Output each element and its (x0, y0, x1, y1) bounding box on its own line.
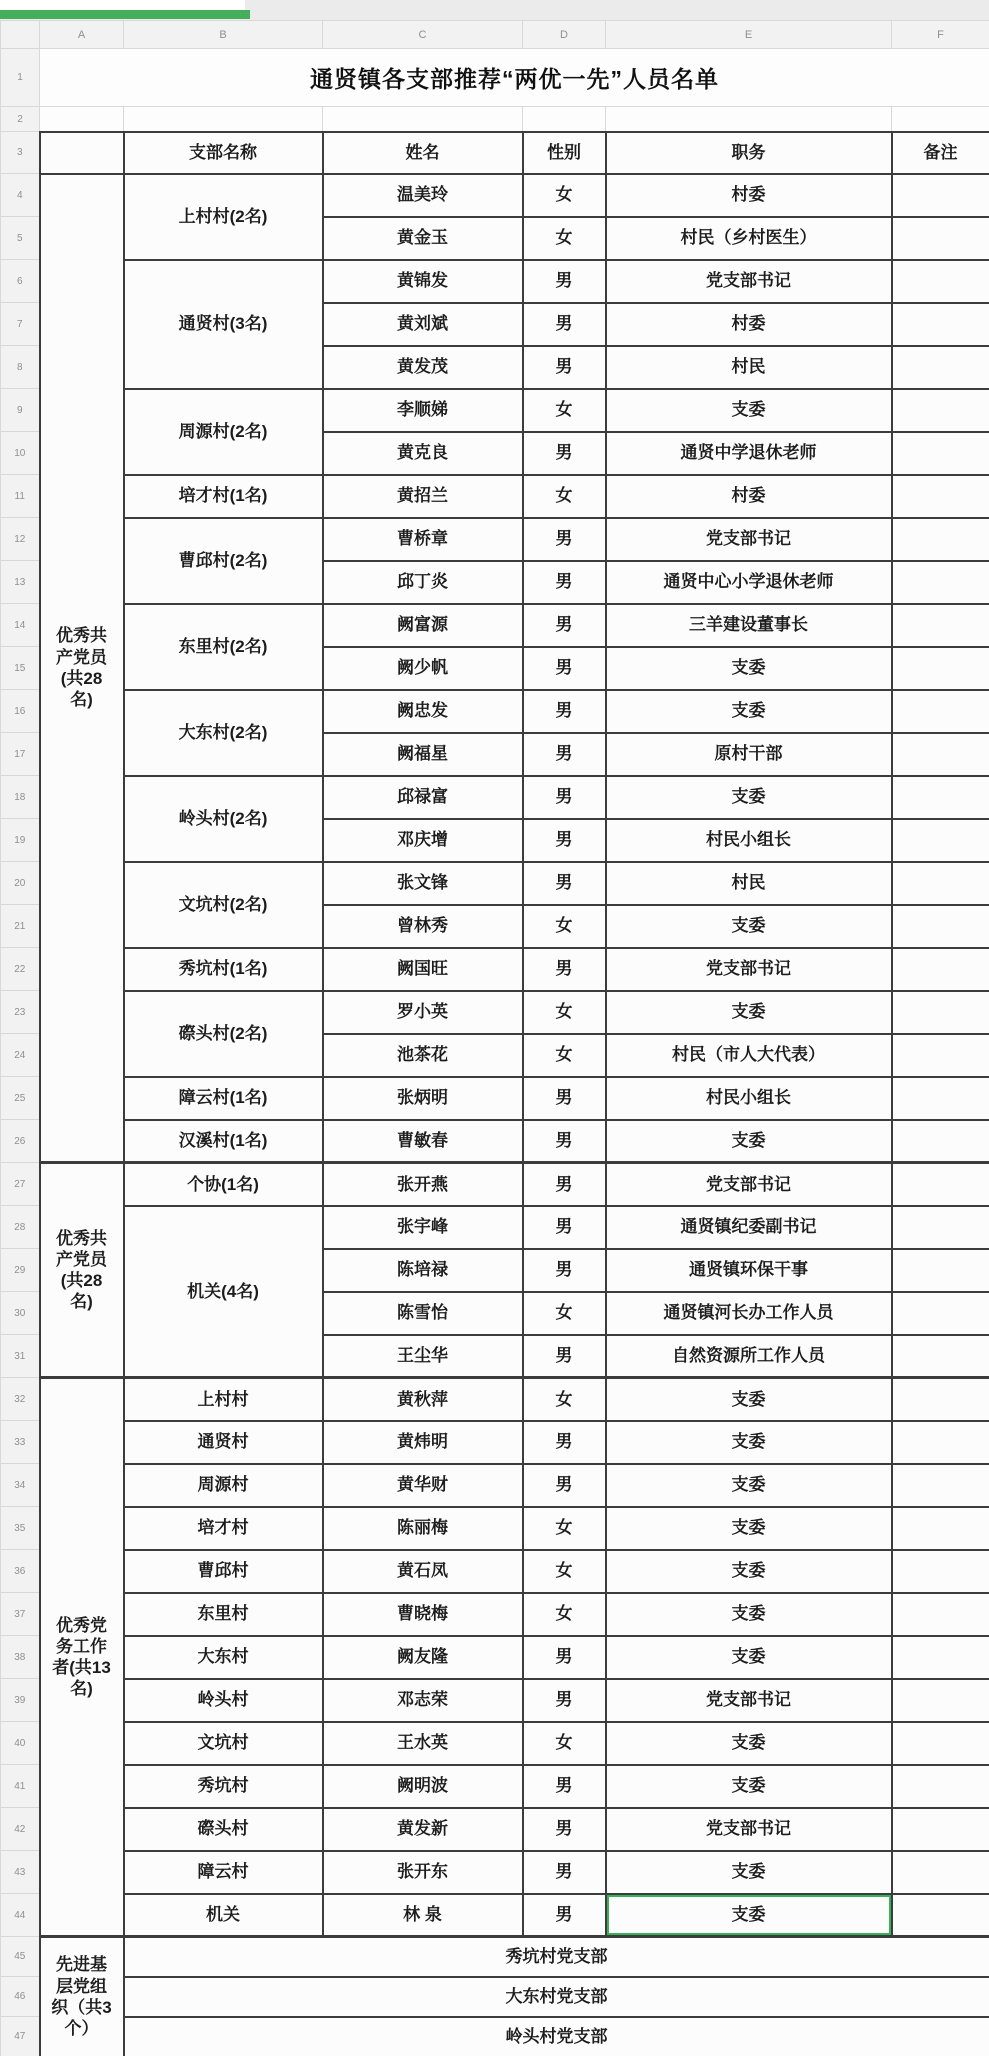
name-cell[interactable]: 曾林秀 (323, 905, 523, 948)
name-cell[interactable]: 黄招兰 (323, 475, 523, 518)
group-cell[interactable]: 培才村(1名) (124, 475, 323, 518)
group-cell[interactable]: 文坑村 (124, 1722, 323, 1765)
column-header-d[interactable]: D (523, 21, 606, 49)
duty-cell[interactable]: 自然资源所工作人员 (606, 1335, 892, 1378)
empty-cell[interactable] (40, 107, 124, 132)
remark-cell[interactable] (892, 1636, 989, 1679)
row-header-32[interactable]: 32 (1, 1378, 40, 1421)
group-cell[interactable]: 障云村(1名) (124, 1077, 323, 1120)
group-cell[interactable]: 大东村 (124, 1636, 323, 1679)
row-header-9[interactable]: 9 (1, 389, 40, 432)
group-cell[interactable]: 文坑村(2名) (124, 862, 323, 948)
remark-cell[interactable] (892, 1292, 989, 1335)
remark-cell[interactable] (892, 905, 989, 948)
row-header-40[interactable]: 40 (1, 1722, 40, 1765)
duty-cell[interactable]: 党支部书记 (606, 1808, 892, 1851)
gender-cell[interactable]: 男 (523, 346, 606, 389)
duty-cell[interactable]: 支委 (606, 1765, 892, 1808)
duty-cell[interactable]: 通贤中学退休老师 (606, 432, 892, 475)
gender-cell[interactable]: 男 (523, 1808, 606, 1851)
gender-cell[interactable]: 女 (523, 475, 606, 518)
remark-cell[interactable] (892, 647, 989, 690)
duty-cell[interactable]: 村委 (606, 475, 892, 518)
name-cell[interactable]: 林 泉 (323, 1894, 523, 1937)
remark-cell[interactable] (892, 1851, 989, 1894)
empty-cell[interactable] (892, 107, 989, 132)
remark-cell[interactable] (892, 303, 989, 346)
remark-cell[interactable] (892, 1335, 989, 1378)
remark-cell[interactable] (892, 819, 989, 862)
gender-cell[interactable]: 男 (523, 1894, 606, 1937)
gender-cell[interactable]: 男 (523, 1421, 606, 1464)
column-header-c[interactable]: C (323, 21, 523, 49)
section-cell[interactable]: 优秀党务工作者(共13名) (40, 1378, 124, 1937)
progress-bar (0, 10, 250, 19)
remark-cell[interactable] (892, 1765, 989, 1808)
name-cell[interactable]: 黄华财 (323, 1464, 523, 1507)
gender-cell[interactable]: 女 (523, 991, 606, 1034)
column-header-b[interactable]: B (124, 21, 323, 49)
name-cell[interactable]: 池茶花 (323, 1034, 523, 1077)
name-cell[interactable]: 张开燕 (323, 1163, 523, 1206)
row-header-46[interactable]: 46 (1, 1977, 40, 2017)
duty-cell[interactable]: 支委 (606, 1120, 892, 1163)
group-cell[interactable]: 大东村(2名) (124, 690, 323, 776)
name-cell[interactable]: 黄刘斌 (323, 303, 523, 346)
remark-cell[interactable] (892, 1550, 989, 1593)
group-cell[interactable]: 磜头村 (124, 1808, 323, 1851)
name-cell[interactable]: 陈丽梅 (323, 1507, 523, 1550)
remark-cell[interactable] (892, 690, 989, 733)
row-header-15[interactable]: 15 (1, 647, 40, 690)
remark-cell[interactable] (892, 432, 989, 475)
group-cell[interactable]: 周源村(2名) (124, 389, 323, 475)
duty-cell[interactable]: 支委 (606, 1507, 892, 1550)
remark-cell[interactable] (892, 217, 989, 260)
name-cell[interactable]: 陈培禄 (323, 1249, 523, 1292)
name-cell[interactable]: 张炳明 (323, 1077, 523, 1120)
remark-cell[interactable] (892, 1593, 989, 1636)
duty-cell[interactable]: 村委 (606, 174, 892, 217)
remark-cell[interactable] (892, 776, 989, 819)
gender-cell[interactable]: 女 (523, 389, 606, 432)
duty-cell[interactable]: 村民 (606, 346, 892, 389)
row-header-30[interactable]: 30 (1, 1292, 40, 1335)
gender-cell[interactable]: 男 (523, 1765, 606, 1808)
row-header-22[interactable]: 22 (1, 948, 40, 991)
remark-cell[interactable] (892, 174, 989, 217)
gender-cell[interactable]: 女 (523, 1507, 606, 1550)
name-cell[interactable]: 曹敏春 (323, 1120, 523, 1163)
name-cell[interactable]: 李顺娣 (323, 389, 523, 432)
row-header-10[interactable]: 10 (1, 432, 40, 475)
name-cell[interactable]: 曹桥章 (323, 518, 523, 561)
duty-cell[interactable]: 支委 (606, 1851, 892, 1894)
header-cell-remark[interactable]: 备注 (892, 132, 989, 174)
remark-cell[interactable] (892, 561, 989, 604)
duty-cell[interactable]: 村民小组长 (606, 1077, 892, 1120)
remark-cell[interactable] (892, 948, 989, 991)
gender-cell[interactable]: 女 (523, 174, 606, 217)
remark-cell[interactable] (892, 1722, 989, 1765)
name-cell[interactable]: 黄金玉 (323, 217, 523, 260)
gender-cell[interactable]: 男 (523, 604, 606, 647)
gender-cell[interactable]: 男 (523, 1120, 606, 1163)
gender-cell[interactable]: 女 (523, 1593, 606, 1636)
remark-cell[interactable] (892, 518, 989, 561)
row-header-25[interactable]: 25 (1, 1077, 40, 1120)
duty-cell[interactable]: 党支部书记 (606, 1163, 892, 1206)
name-cell[interactable]: 邓庆增 (323, 819, 523, 862)
empty-cell[interactable] (124, 107, 323, 132)
duty-cell[interactable]: 支委 (606, 1722, 892, 1765)
gender-cell[interactable]: 男 (523, 647, 606, 690)
row-header-21[interactable]: 21 (1, 905, 40, 948)
row-header-29[interactable]: 29 (1, 1249, 40, 1292)
group-cell[interactable]: 上村村 (124, 1378, 323, 1421)
group-cell[interactable]: 曹邱村(2名) (124, 518, 323, 604)
name-cell[interactable]: 黄发茂 (323, 346, 523, 389)
remark-cell[interactable] (892, 1206, 989, 1249)
row-header-13[interactable]: 13 (1, 561, 40, 604)
name-cell[interactable]: 王水英 (323, 1722, 523, 1765)
row-header-4[interactable]: 4 (1, 174, 40, 217)
row-header-47[interactable]: 47 (1, 2017, 40, 2056)
duty-cell[interactable]: 支委 (606, 1593, 892, 1636)
header-cell-duty[interactable]: 职务 (606, 132, 892, 174)
remark-cell[interactable] (892, 862, 989, 905)
row-header-43[interactable]: 43 (1, 1851, 40, 1894)
gender-cell[interactable]: 男 (523, 518, 606, 561)
remark-cell[interactable] (892, 1421, 989, 1464)
row-header-1[interactable]: 1 (1, 49, 40, 107)
name-cell[interactable]: 黄发新 (323, 1808, 523, 1851)
row-header-36[interactable]: 36 (1, 1550, 40, 1593)
row-header-41[interactable]: 41 (1, 1765, 40, 1808)
duty-cell[interactable]: 支委 (606, 389, 892, 432)
name-cell[interactable]: 黄石凤 (323, 1550, 523, 1593)
remark-cell[interactable] (892, 475, 989, 518)
remark-cell[interactable] (892, 1679, 989, 1722)
duty-cell[interactable]: 支委 (606, 1550, 892, 1593)
row-header-45[interactable]: 45 (1, 1937, 40, 1977)
select-all-corner[interactable] (1, 21, 40, 49)
remark-cell[interactable] (892, 389, 989, 432)
name-cell[interactable]: 邓志荣 (323, 1679, 523, 1722)
gender-cell[interactable]: 女 (523, 1034, 606, 1077)
remark-cell[interactable] (892, 1378, 989, 1421)
gender-cell[interactable]: 男 (523, 1636, 606, 1679)
duty-cell[interactable]: 通贤中心小学退休老师 (606, 561, 892, 604)
row-header-35[interactable]: 35 (1, 1507, 40, 1550)
row-header-31[interactable]: 31 (1, 1335, 40, 1378)
row-header-18[interactable]: 18 (1, 776, 40, 819)
name-cell[interactable]: 阙明波 (323, 1765, 523, 1808)
row-header-14[interactable]: 14 (1, 604, 40, 647)
header-cell-gender[interactable]: 性别 (523, 132, 606, 174)
gender-cell[interactable]: 男 (523, 733, 606, 776)
name-cell[interactable]: 邱禄富 (323, 776, 523, 819)
gender-cell[interactable]: 女 (523, 1378, 606, 1421)
group-cell[interactable]: 秀坑村 (124, 1765, 323, 1808)
gender-cell[interactable]: 女 (523, 905, 606, 948)
row-header-26[interactable]: 26 (1, 1120, 40, 1163)
empty-cell[interactable] (606, 107, 892, 132)
duty-cell[interactable]: 三羊建设董事长 (606, 604, 892, 647)
name-cell[interactable]: 邱丁炎 (323, 561, 523, 604)
gender-cell[interactable]: 男 (523, 561, 606, 604)
remark-cell[interactable] (892, 1034, 989, 1077)
remark-cell[interactable] (892, 604, 989, 647)
group-cell[interactable]: 障云村 (124, 1851, 323, 1894)
row-header-8[interactable]: 8 (1, 346, 40, 389)
row-header-16[interactable]: 16 (1, 690, 40, 733)
gender-cell[interactable]: 男 (523, 1163, 606, 1206)
row-header-19[interactable]: 19 (1, 819, 40, 862)
section-cell[interactable]: 优秀共产党员(共28名) (40, 1163, 124, 1378)
remark-cell[interactable] (892, 733, 989, 776)
gender-cell[interactable]: 女 (523, 1550, 606, 1593)
name-cell[interactable]: 曹晓梅 (323, 1593, 523, 1636)
group-cell[interactable]: 上村村(2名) (124, 174, 323, 260)
remark-cell[interactable] (892, 991, 989, 1034)
name-cell[interactable]: 张宇峰 (323, 1206, 523, 1249)
duty-cell[interactable]: 支委 (606, 690, 892, 733)
header-cell-name[interactable]: 姓名 (323, 132, 523, 174)
name-cell[interactable]: 黄锦发 (323, 260, 523, 303)
remark-cell[interactable] (892, 260, 989, 303)
row-header-12[interactable]: 12 (1, 518, 40, 561)
name-cell[interactable]: 温美玲 (323, 174, 523, 217)
group-cell[interactable]: 岭头村 (124, 1679, 323, 1722)
name-cell[interactable]: 阙友隆 (323, 1636, 523, 1679)
duty-cell[interactable]: 支委 (606, 1378, 892, 1421)
duty-cell[interactable]: 支委 (606, 647, 892, 690)
duty-cell[interactable]: 村委 (606, 303, 892, 346)
column-header-a[interactable]: A (40, 21, 124, 49)
row-header-39[interactable]: 39 (1, 1679, 40, 1722)
gender-cell[interactable]: 男 (523, 819, 606, 862)
gender-cell[interactable]: 男 (523, 776, 606, 819)
duty-cell[interactable]: 党支部书记 (606, 518, 892, 561)
group-cell[interactable]: 通贤村(3名) (124, 260, 323, 389)
group-cell[interactable]: 个协(1名) (124, 1163, 323, 1206)
duty-cell[interactable]: 支委 (606, 776, 892, 819)
column-header-f[interactable]: F (892, 21, 989, 49)
duty-cell[interactable]: 村民（乡村医生） (606, 217, 892, 260)
duty-cell[interactable]: 党支部书记 (606, 1679, 892, 1722)
group-cell[interactable]: 曹邱村 (124, 1550, 323, 1593)
row-header-20[interactable]: 20 (1, 862, 40, 905)
remark-cell[interactable] (892, 1808, 989, 1851)
selected-cell[interactable]: 支委 (606, 1894, 892, 1937)
row-header-11[interactable]: 11 (1, 475, 40, 518)
gender-cell[interactable]: 男 (523, 1077, 606, 1120)
remark-cell[interactable] (892, 1507, 989, 1550)
row-header-5[interactable]: 5 (1, 217, 40, 260)
gender-cell[interactable]: 男 (523, 862, 606, 905)
duty-cell[interactable]: 村民小组长 (606, 819, 892, 862)
duty-cell[interactable]: 通贤镇纪委副书记 (606, 1206, 892, 1249)
name-cell[interactable]: 张文锋 (323, 862, 523, 905)
spreadsheet[interactable]: ABCDEF1通贤镇各支部推荐“两优一先”人员名单23支部名称姓名性别职务备注4… (0, 20, 989, 2056)
gender-cell[interactable]: 女 (523, 1722, 606, 1765)
toolbar-chip (0, 0, 245, 10)
row-header-27[interactable]: 27 (1, 1163, 40, 1206)
name-cell[interactable]: 黄秋萍 (323, 1378, 523, 1421)
group-cell[interactable]: 东里村(2名) (124, 604, 323, 690)
group-cell[interactable]: 汉溪村(1名) (124, 1120, 323, 1163)
row-header-42[interactable]: 42 (1, 1808, 40, 1851)
group-cell[interactable]: 机关(4名) (124, 1206, 323, 1378)
name-cell[interactable]: 陈雪怡 (323, 1292, 523, 1335)
gender-cell[interactable]: 男 (523, 1335, 606, 1378)
row-header-34[interactable]: 34 (1, 1464, 40, 1507)
remark-cell[interactable] (892, 1464, 989, 1507)
row-header-28[interactable]: 28 (1, 1206, 40, 1249)
group-cell[interactable]: 周源村 (124, 1464, 323, 1507)
column-header-e[interactable]: E (606, 21, 892, 49)
group-cell[interactable]: 岭头村(2名) (124, 776, 323, 862)
gender-cell[interactable]: 男 (523, 690, 606, 733)
duty-cell[interactable]: 党支部书记 (606, 260, 892, 303)
row-header-17[interactable]: 17 (1, 733, 40, 776)
org-cell[interactable]: 大东村党支部 (124, 1977, 989, 2017)
duty-cell[interactable]: 支委 (606, 1421, 892, 1464)
gender-cell[interactable]: 男 (523, 1206, 606, 1249)
header-cell-category[interactable] (40, 132, 124, 174)
gender-cell[interactable]: 女 (523, 1292, 606, 1335)
remark-cell[interactable] (892, 1249, 989, 1292)
name-cell[interactable]: 阙福星 (323, 733, 523, 776)
row-header-33[interactable]: 33 (1, 1421, 40, 1464)
name-cell[interactable]: 罗小英 (323, 991, 523, 1034)
row-header-3[interactable]: 3 (1, 132, 40, 174)
empty-cell[interactable] (523, 107, 606, 132)
row-header-7[interactable]: 7 (1, 303, 40, 346)
row-header-44[interactable]: 44 (1, 1894, 40, 1937)
group-cell[interactable]: 东里村 (124, 1593, 323, 1636)
gender-cell[interactable]: 男 (523, 432, 606, 475)
name-cell[interactable]: 阙国旺 (323, 948, 523, 991)
duty-cell[interactable]: 村民 (606, 862, 892, 905)
row-header-23[interactable]: 23 (1, 991, 40, 1034)
empty-cell[interactable] (323, 107, 523, 132)
row-header-2[interactable]: 2 (1, 107, 40, 132)
row-header-37[interactable]: 37 (1, 1593, 40, 1636)
header-cell-branch[interactable]: 支部名称 (124, 132, 323, 174)
group-cell[interactable]: 磜头村(2名) (124, 991, 323, 1077)
name-cell[interactable]: 张开东 (323, 1851, 523, 1894)
gender-cell[interactable]: 男 (523, 1249, 606, 1292)
remark-cell[interactable] (892, 1894, 989, 1937)
name-cell[interactable]: 阙少帆 (323, 647, 523, 690)
row-header-38[interactable]: 38 (1, 1636, 40, 1679)
duty-cell[interactable]: 通贤镇河长办工作人员 (606, 1292, 892, 1335)
gender-cell[interactable]: 男 (523, 1464, 606, 1507)
gender-cell[interactable]: 女 (523, 217, 606, 260)
name-cell[interactable]: 黄克良 (323, 432, 523, 475)
remark-cell[interactable] (892, 1120, 989, 1163)
gender-cell[interactable]: 男 (523, 303, 606, 346)
name-cell[interactable]: 王尘华 (323, 1335, 523, 1378)
name-cell[interactable]: 阙忠发 (323, 690, 523, 733)
group-cell[interactable]: 培才村 (124, 1507, 323, 1550)
group-cell[interactable]: 机关 (124, 1894, 323, 1937)
org-cell[interactable]: 岭头村党支部 (124, 2017, 989, 2056)
sheet-title-cell[interactable]: 通贤镇各支部推荐“两优一先”人员名单 (40, 49, 989, 107)
remark-cell[interactable] (892, 346, 989, 389)
name-cell[interactable]: 黄炜明 (323, 1421, 523, 1464)
row-header-6[interactable]: 6 (1, 260, 40, 303)
group-cell[interactable]: 秀坑村(1名) (124, 948, 323, 991)
section-cell[interactable]: 优秀共产党员(共28名) (40, 174, 124, 1163)
group-cell[interactable]: 通贤村 (124, 1421, 323, 1464)
gender-cell[interactable]: 男 (523, 1679, 606, 1722)
duty-cell[interactable]: 党支部书记 (606, 948, 892, 991)
duty-cell[interactable]: 支委 (606, 905, 892, 948)
org-cell[interactable]: 秀坑村党支部 (124, 1937, 989, 1977)
name-cell[interactable]: 阙富源 (323, 604, 523, 647)
duty-cell[interactable]: 支委 (606, 1636, 892, 1679)
duty-cell[interactable]: 通贤镇环保干事 (606, 1249, 892, 1292)
duty-cell[interactable]: 支委 (606, 991, 892, 1034)
gender-cell[interactable]: 男 (523, 1851, 606, 1894)
duty-cell[interactable]: 村民（市人大代表） (606, 1034, 892, 1077)
remark-cell[interactable] (892, 1163, 989, 1206)
top-strip (0, 0, 989, 20)
duty-cell[interactable]: 支委 (606, 1464, 892, 1507)
gender-cell[interactable]: 男 (523, 260, 606, 303)
section-cell[interactable]: 先进基层党组织（共3个） (40, 1937, 124, 2056)
gender-cell[interactable]: 男 (523, 948, 606, 991)
row-header-24[interactable]: 24 (1, 1034, 40, 1077)
duty-cell[interactable]: 原村干部 (606, 733, 892, 776)
remark-cell[interactable] (892, 1077, 989, 1120)
